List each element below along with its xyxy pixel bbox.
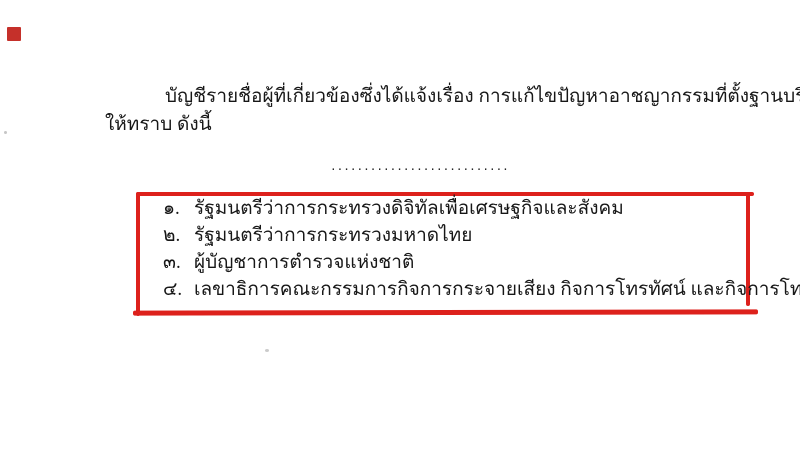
list-item: ๒. รัฐมนตรีว่าการกระทรวงมหาดไทย: [163, 223, 472, 250]
list-item: ๑. รัฐมนตรีว่าการกระทรวงดิจิทัลเพื่อเศรษ…: [163, 196, 624, 223]
highlight-box-left-edge: [136, 192, 140, 316]
list-item-text: เลขาธิการคณะกรรมการกิจการกระจายเสียง กิจ…: [194, 277, 800, 304]
list-item-number: ๔.: [163, 277, 194, 304]
list-item-number: ๑.: [163, 196, 194, 223]
dotted-divider: ........................................…: [330, 160, 510, 173]
list-item: ๔. เลขาธิการคณะกรรมการกิจการกระจายเสียง …: [163, 277, 800, 304]
ink-speck: [4, 131, 7, 134]
intro-paragraph-line-1: บัญชีรายชื่อผู้ที่เกี่ยวข้องซึ่งได้แจ้งเ…: [165, 84, 800, 111]
list-item: ๓. ผู้บัญชาการตำรวจแห่งชาติ: [163, 250, 414, 277]
red-corner-mark: [7, 27, 21, 41]
document-page: { "colors": { "annotation-red": "#dd211c…: [0, 0, 800, 452]
list-item-number: ๓.: [163, 250, 194, 277]
list-item-number: ๒.: [163, 223, 194, 250]
list-item-text: ผู้บัญชาการตำรวจแห่งชาติ: [194, 250, 414, 277]
list-item-text: รัฐมนตรีว่าการกระทรวงมหาดไทย: [194, 223, 472, 250]
ink-speck: [265, 349, 269, 352]
intro-paragraph-line-2: ให้ทราบ ดังนี้: [105, 112, 212, 139]
highlight-box-bottom-edge: [133, 309, 758, 315]
list-item-text: รัฐมนตรีว่าการกระทรวงดิจิทัลเพื่อเศรษฐกิ…: [194, 196, 624, 223]
